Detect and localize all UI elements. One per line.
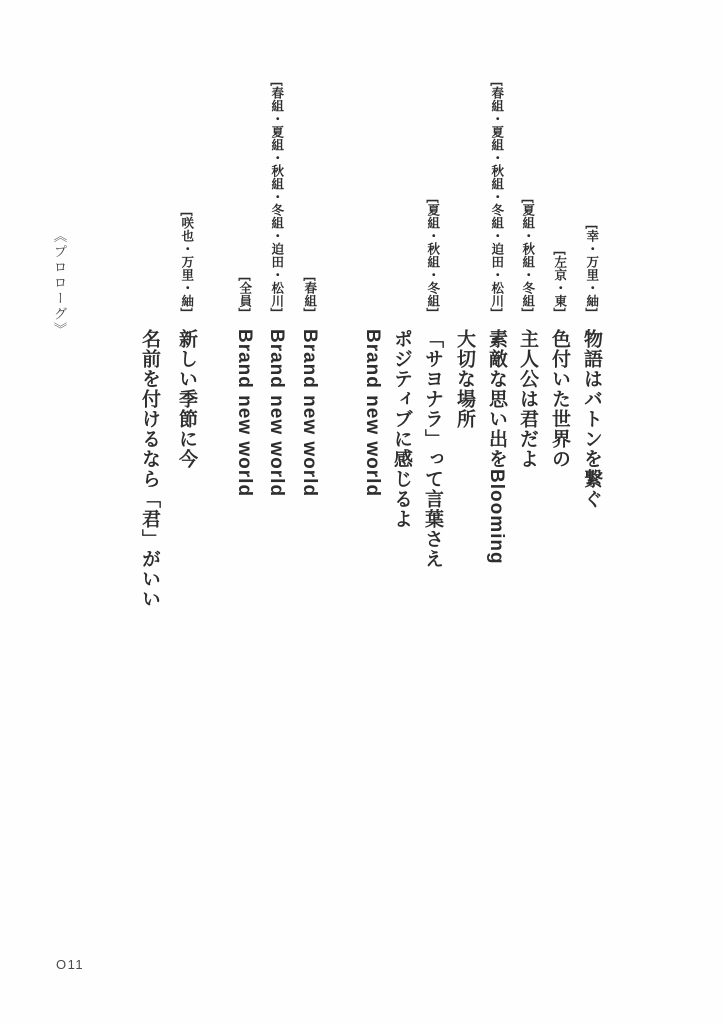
lyric-line: 名前を付けるなら「君」がいい (140, 329, 159, 609)
lyric-text: Brand new world (299, 329, 320, 497)
lyric-line: [全員] Brand new world (235, 329, 254, 497)
speaker-label: [咲也・万里・紬] (180, 212, 193, 312)
lyric-line: [春組] Brand new world (300, 329, 319, 497)
lyric-text: 新しい季節に今 (176, 329, 197, 469)
lyric-line: Brand new world (363, 329, 382, 497)
lyric-text: 大切な場所 (454, 329, 475, 429)
speaker-label: [春組・夏組・秋組・冬組・迫田・松川] (490, 82, 503, 312)
lyric-line: [春組・夏組・秋組・冬組・迫田・松川] 素敵な思い出をBlooming (487, 329, 506, 565)
lyric-line: [左京・東] 色付いた世界の (550, 329, 569, 469)
lyric-line: [咲也・万里・紬] 新しい季節に今 (177, 329, 196, 469)
speaker-label: [全員] (238, 277, 251, 312)
lyric-text: Brand new world (266, 329, 287, 497)
lyric-text: Brand new world (234, 329, 255, 497)
lyric-text: Brand new world (362, 329, 383, 497)
speaker-label: [幸・万里・紬] (585, 225, 598, 312)
lyric-text: 主人公は君だよ (517, 329, 538, 469)
speaker-label: [左京・東] (553, 251, 566, 312)
lyric-line: 大切な場所 (455, 329, 474, 429)
lyric-line: [幸・万里・紬] 物語はバトンを繋ぐ (582, 329, 601, 509)
section-marker-prologue: 《プロローグ》 (52, 229, 66, 338)
lyric-text: ポジティブに感じるよ (391, 329, 412, 529)
lyric-line: ポジティブに感じるよ (392, 329, 411, 529)
lyric-text: 素敵な思い出をBlooming (486, 329, 507, 565)
lyric-line: [夏組・秋組・冬組] 「サヨナラ」って言葉さえ (423, 329, 442, 569)
speaker-label: [夏組・秋組・冬組] (426, 199, 439, 312)
lyric-text: 色付いた世界の (549, 329, 570, 469)
speaker-label: [春組・夏組・秋組・冬組・迫田・松川] (270, 82, 283, 312)
lyric-line: [夏組・秋組・冬組] 主人公は君だよ (518, 329, 537, 469)
lyric-text: 名前を付けるなら「君」がいい (139, 329, 160, 609)
lyric-text: 「サヨナラ」って言葉さえ (422, 329, 443, 569)
speaker-label: [春組] (303, 277, 316, 312)
lyric-text: 物語はバトンを繋ぐ (581, 329, 602, 509)
page-number: O11 (56, 957, 84, 972)
speaker-label: [夏組・秋組・冬組] (521, 199, 534, 312)
book-page: [幸・万里・紬] 物語はバトンを繋ぐ [左京・東] 色付いた世界の [夏組・秋組… (0, 0, 723, 1024)
lyric-line: [春組・夏組・秋組・冬組・迫田・松川] Brand new world (267, 329, 286, 497)
